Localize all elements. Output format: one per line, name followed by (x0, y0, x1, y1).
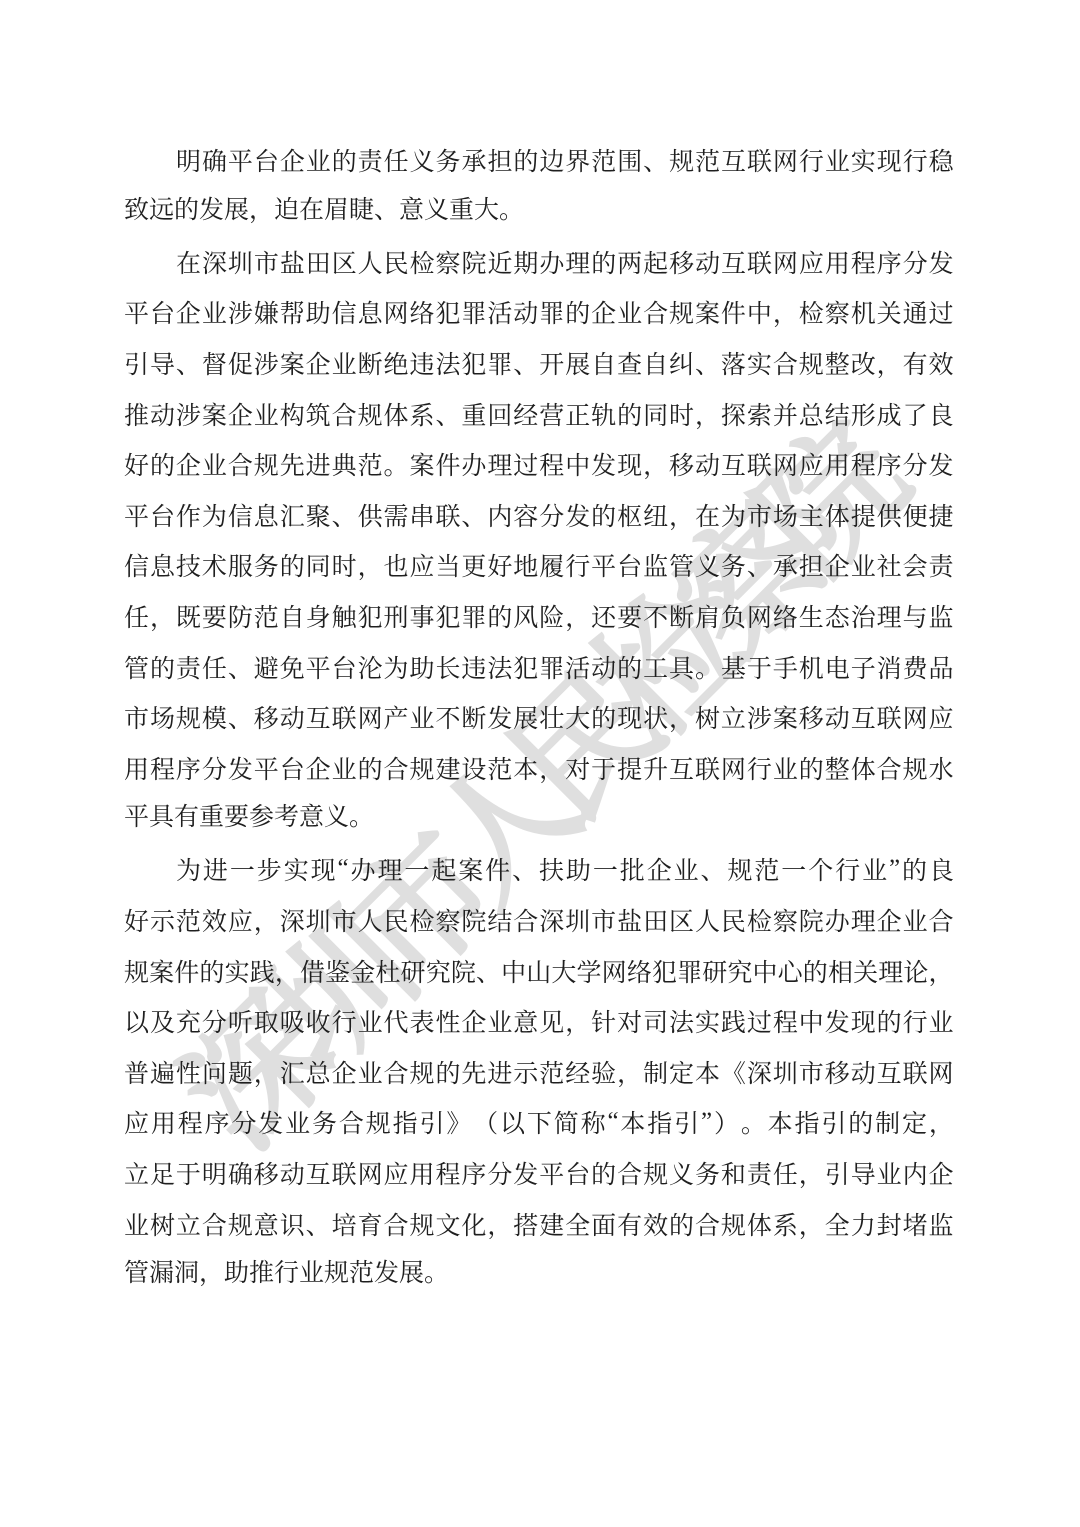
text-line: 立足于明确移动互联网应用程序分发平台的合规义务和责任，引导业内企 (124, 1148, 954, 1199)
text-line: 管的责任、避免平台沦为助长违法犯罪活动的工具。基于手机电子消费品 (124, 641, 954, 692)
text-line: 以及充分听取吸收行业代表性企业意见，针对司法实践过程中发现的行业 (124, 996, 954, 1047)
text-line: 业树立合规意识、培育合规文化，搭建全面有效的合规体系，全力封堵监 (124, 1198, 954, 1249)
document-page: 深圳市人民检察院 明确平台企业的责任义务承担的边界范围、规范互联网行业实现行稳致… (0, 0, 1080, 1527)
text-line: 应用程序分发业务合规指引》（以下简称“本指引”）。本指引的制定， (124, 1097, 954, 1148)
text-line: 明确平台企业的责任义务承担的边界范围、规范互联网行业实现行稳 (124, 135, 954, 186)
text-line: 市场规模、移动互联网产业不断发展壮大的现状，树立涉案移动互联网应 (124, 692, 954, 743)
text-line: 普遍性问题，汇总企业合规的先进示范经验，制定本《深圳市移动互联网 (124, 1047, 954, 1098)
text-line: 推动涉案企业构筑合规体系、重回经营正轨的同时，探索并总结形成了良 (124, 388, 954, 439)
body-text: 明确平台企业的责任义务承担的边界范围、规范互联网行业实现行稳致远的发展，迫在眉睫… (124, 135, 954, 1300)
text-line: 好示范效应，深圳市人民检察院结合深圳市盐田区人民检察院办理企业合 (124, 895, 954, 946)
text-line: 为进一步实现“办理一起案件、扶助一批企业、规范一个行业”的良 (124, 844, 954, 895)
text-line: 在深圳市盐田区人民检察院近期办理的两起移动互联网应用程序分发 (124, 236, 954, 287)
text-line: 引导、督促涉案企业断绝违法犯罪、开展自查自纠、落实合规整改，有效 (124, 338, 954, 389)
text-line: 平台企业涉嫌帮助信息网络犯罪活动罪的企业合规案件中，检察机关通过 (124, 287, 954, 338)
text-line: 平台作为信息汇聚、供需串联、内容分发的枢纽，在为市场主体提供便捷 (124, 489, 954, 540)
text-line: 任，既要防范自身触犯刑事犯罪的风险，还要不断肩负网络生态治理与监 (124, 591, 954, 642)
text-line: 规案件的实践，借鉴金杜研究院、中山大学网络犯罪研究中心的相关理论， (124, 945, 954, 996)
text-line: 好的企业合规先进典范。案件办理过程中发现，移动互联网应用程序分发 (124, 439, 954, 490)
text-line: 管漏洞，助推行业规范发展。 (124, 1249, 954, 1300)
text-line: 用程序分发平台企业的合规建设范本，对于提升互联网行业的整体合规水 (124, 743, 954, 794)
text-line: 致远的发展，迫在眉睫、意义重大。 (124, 186, 954, 237)
text-line: 信息技术服务的同时，也应当更好地履行平台监管义务、承担企业社会责 (124, 540, 954, 591)
text-line: 平具有重要参考意义。 (124, 793, 954, 844)
